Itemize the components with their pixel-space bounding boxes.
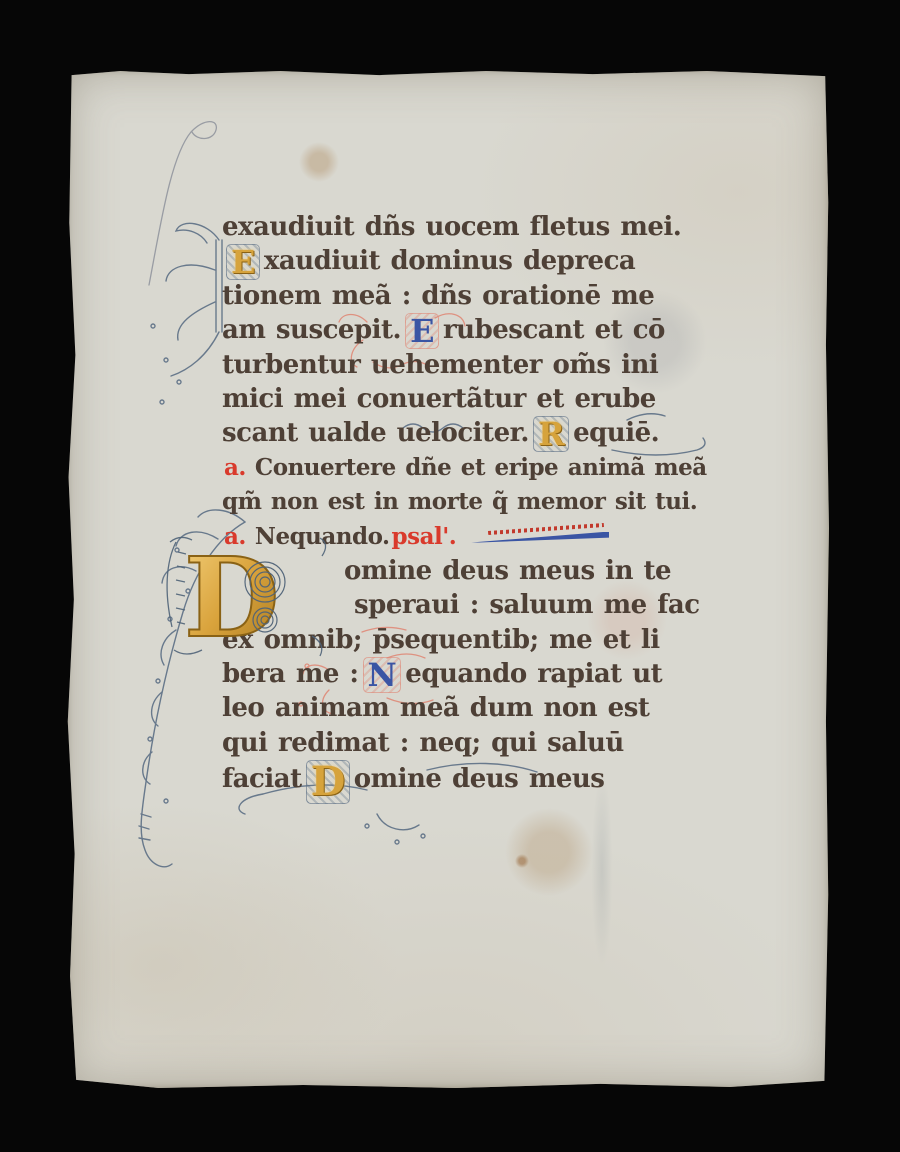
manuscript-line: bera me :Nequando rapiat ut bbox=[222, 657, 692, 691]
text-segment: omine deus meus in te bbox=[344, 556, 671, 586]
illuminated-initial-R-gold: R bbox=[533, 416, 569, 452]
illuminated-initial-N-blue: N bbox=[363, 657, 402, 693]
text-segment: speraui : saluum me fac bbox=[354, 590, 700, 620]
psalm-rubric: psal'. bbox=[392, 523, 457, 550]
text-segment: xaudiuit dominus depreca bbox=[264, 246, 635, 276]
antiphon-marker: a. bbox=[224, 454, 246, 481]
text-segment: Conuertere dñe et eripe animã meã bbox=[255, 454, 707, 481]
text-segment: qm̃ non est in morte q̃ memor sit tui. bbox=[222, 488, 697, 515]
manuscript-line: am suscepit.Erubescant et cō bbox=[222, 313, 692, 347]
manuscript-line: qui redimat : neq; qui saluū bbox=[222, 726, 692, 760]
text-block: exaudiuit dñs uocem fletus mei.Exaudiuit… bbox=[222, 210, 692, 795]
illuminated-initial-D-gold-small: D bbox=[306, 760, 350, 804]
graphite-squiggle bbox=[149, 122, 216, 285]
line-filler-ornament bbox=[471, 526, 609, 546]
manuscript-line: leo animam meã dum non est bbox=[222, 691, 692, 725]
illuminated-initial-E-blue: E bbox=[405, 313, 439, 349]
manuscript-line: faciatDomine deus meus bbox=[222, 760, 692, 794]
text-segment: omine deus meus bbox=[354, 764, 605, 794]
manuscript-line: turbentur uehementer om̃s ini bbox=[222, 348, 692, 382]
manuscript-line: tionem meã : dñs orationē me bbox=[222, 279, 692, 313]
manuscript-leaf: D exaudiuit dñs uocem fletus mei.Exaudiu… bbox=[67, 70, 829, 1088]
text-segment: equiē. bbox=[573, 418, 659, 448]
text-segment: faciat bbox=[222, 764, 302, 794]
manuscript-line: mici mei conuertãtur et erube bbox=[222, 382, 692, 416]
manuscript-line: Exaudiuit dominus depreca bbox=[222, 244, 692, 278]
text-segment: turbentur uehementer om̃s ini bbox=[222, 350, 658, 380]
manuscript-line: scant ualde uelociter.Requiē. bbox=[222, 416, 692, 450]
text-segment: exaudiuit dñs uocem fletus mei. bbox=[222, 212, 681, 242]
manuscript-line: qm̃ non est in morte q̃ memor sit tui. bbox=[222, 485, 692, 519]
manuscript-line: a.Conuertere dñe et eripe animã meã bbox=[222, 451, 692, 485]
illuminated-initial-D: D bbox=[162, 532, 340, 660]
text-segment: equando rapiat ut bbox=[405, 659, 662, 689]
illuminated-initial-E-gold: E bbox=[226, 244, 260, 280]
text-segment: am suscepit. bbox=[222, 315, 401, 345]
text-segment: mici mei conuertãtur et erube bbox=[222, 384, 656, 414]
photo-background: D exaudiuit dñs uocem fletus mei.Exaudiu… bbox=[0, 0, 900, 1152]
manuscript-line: exaudiuit dñs uocem fletus mei. bbox=[222, 210, 692, 244]
text-segment: scant ualde uelociter. bbox=[222, 418, 529, 448]
text-segment: leo animam meã dum non est bbox=[222, 693, 649, 723]
text-segment: qui redimat : neq; qui saluū bbox=[222, 728, 624, 758]
text-segment: bera me : bbox=[222, 659, 359, 689]
text-segment: rubescant et cō bbox=[443, 315, 665, 345]
text-segment: tionem meã : dñs orationē me bbox=[222, 281, 654, 311]
